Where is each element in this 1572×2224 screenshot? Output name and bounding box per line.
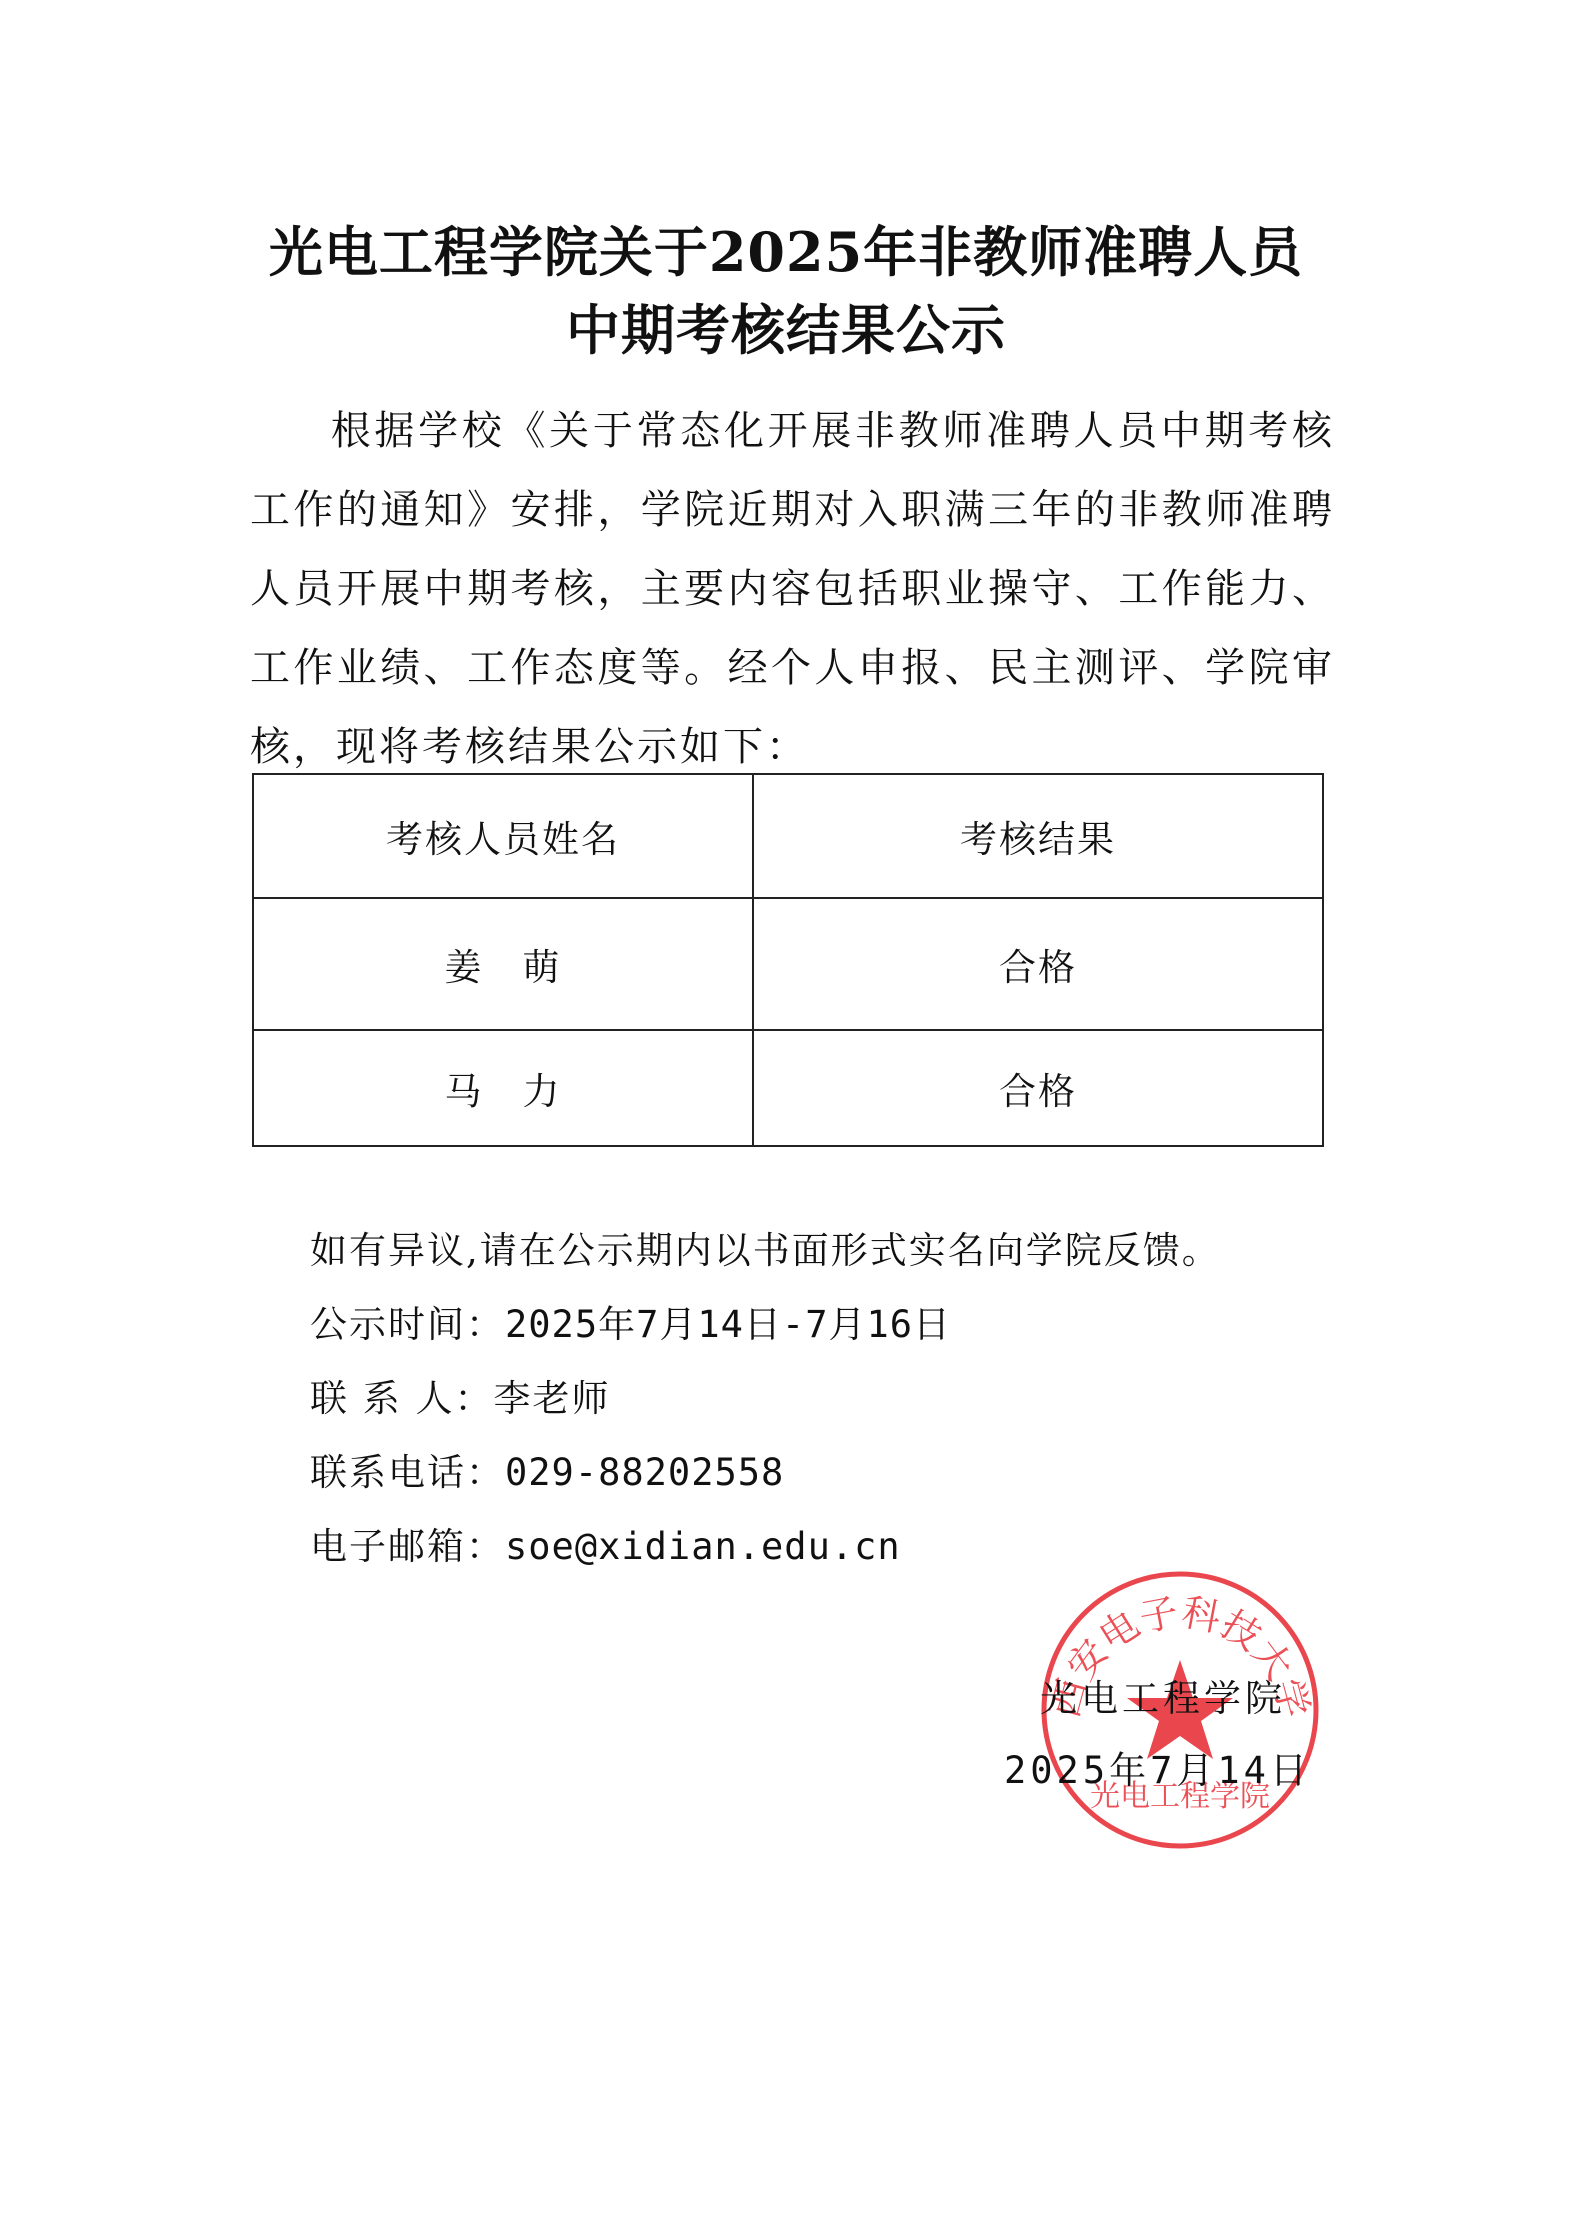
publicity-period-value: 2025年7月14日-7月16日 bbox=[505, 1303, 951, 1346]
publicity-period-label: 公示时间： bbox=[310, 1294, 505, 1348]
contact-value: 李老师 bbox=[494, 1377, 611, 1420]
cell-result: 合格 bbox=[753, 898, 1323, 1030]
header-name: 考核人员姓名 bbox=[253, 774, 753, 898]
objection-notice: 如有异议,请在公示期内以书面形式实名向学院反馈。 bbox=[310, 1220, 1221, 1274]
contact-email: 电子邮箱：soe@xidian.edu.cn bbox=[310, 1516, 901, 1570]
signature-date: 2025年7月14日 bbox=[1004, 1740, 1311, 1794]
contact-person: 联 系 人：李老师 bbox=[310, 1368, 611, 1422]
table-header-row: 考核人员姓名 考核结果 bbox=[253, 774, 1323, 898]
header-result: 考核结果 bbox=[753, 774, 1323, 898]
body-text: 根据学校《关于常态化开展非教师准聘人员中期考核工作的通知》安排，学院近期对入职满… bbox=[250, 408, 1335, 770]
email-label: 电子邮箱： bbox=[310, 1516, 505, 1570]
page-title-line1: 光电工程学院关于2025年非教师准聘人员 bbox=[0, 210, 1572, 287]
contact-label: 联 系 人： bbox=[310, 1368, 494, 1422]
table-row: 马 力 合格 bbox=[253, 1030, 1323, 1146]
cell-result: 合格 bbox=[753, 1030, 1323, 1146]
phone-label: 联系电话： bbox=[310, 1442, 505, 1496]
results-table: 考核人员姓名 考核结果 姜 萌 合格 马 力 合格 bbox=[252, 773, 1324, 1147]
cell-name: 姜 萌 bbox=[253, 898, 753, 1030]
body-paragraph: 根据学校《关于常态化开展非教师准聘人员中期考核工作的通知》安排，学院近期对入职满… bbox=[250, 392, 1335, 787]
cell-name: 马 力 bbox=[253, 1030, 753, 1146]
contact-phone: 联系电话：029-88202558 bbox=[310, 1442, 784, 1496]
email-value[interactable]: soe@xidian.edu.cn bbox=[505, 1525, 901, 1568]
publicity-period: 公示时间：2025年7月14日-7月16日 bbox=[310, 1294, 951, 1348]
phone-value: 029-88202558 bbox=[505, 1451, 784, 1494]
table-row: 姜 萌 合格 bbox=[253, 898, 1323, 1030]
page-title-line2: 中期考核结果公示 bbox=[0, 288, 1572, 365]
signature-organization: 光电工程学院 bbox=[1040, 1668, 1286, 1722]
